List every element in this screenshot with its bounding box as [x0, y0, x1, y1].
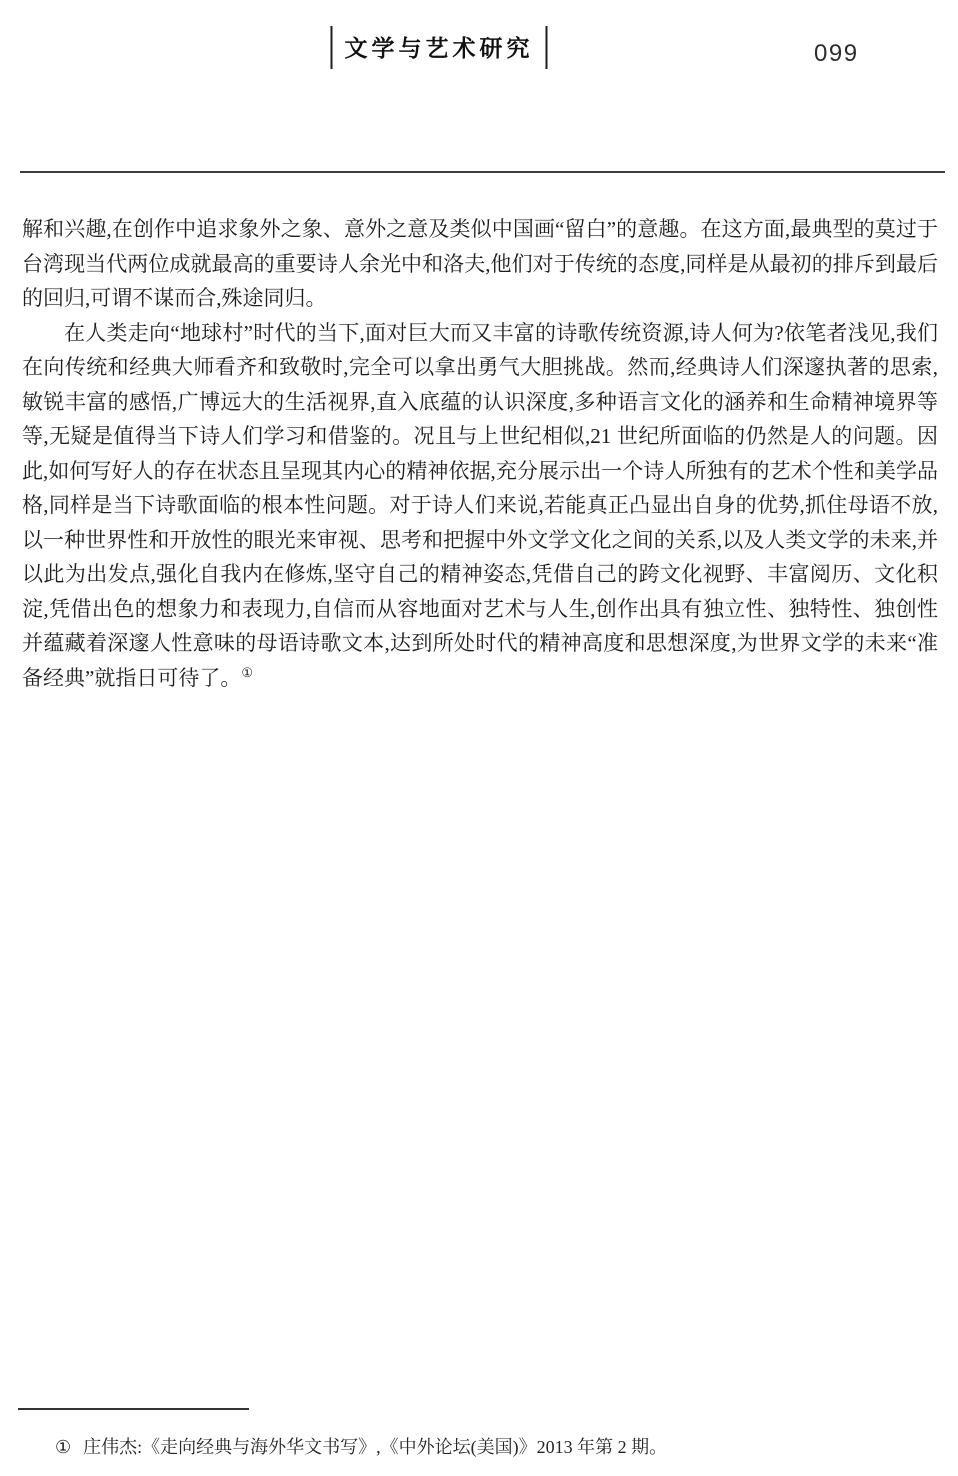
page-header: 文学与艺术研究 099 [0, 26, 958, 76]
page-number: 099 [814, 40, 859, 68]
footnote-reference-marker: ① [241, 665, 253, 680]
footnote-text: 庄伟杰:《走向经典与海外华文书写》,《中外论坛(美国)》2013 年第 2 期。 [83, 1437, 667, 1457]
footnote-marker: ① [55, 1434, 71, 1460]
journal-section-title: 文学与艺术研究 [331, 26, 548, 69]
paragraph-text: 在人类走向“地球村”时代的当下,面对巨大而又丰富的诗歌传统资源,诗人何为?依笔者… [22, 321, 938, 690]
footnote: ①庄伟杰:《走向经典与海外华文书写》,《中外论坛(美国)》2013 年第 2 期… [22, 1434, 938, 1460]
header-rule [20, 171, 945, 173]
article-body: 解和兴趣,在创作中追求象外之象、意外之意及类似中国画“留白”的意趣。在这方面,最… [22, 212, 938, 695]
paragraph-continuation: 解和兴趣,在创作中追求象外之象、意外之意及类似中国画“留白”的意趣。在这方面,最… [22, 212, 938, 316]
paragraph: 在人类走向“地球村”时代的当下,面对巨大而又丰富的诗歌传统资源,诗人何为?依笔者… [22, 316, 938, 696]
footnote-rule [18, 1408, 249, 1410]
